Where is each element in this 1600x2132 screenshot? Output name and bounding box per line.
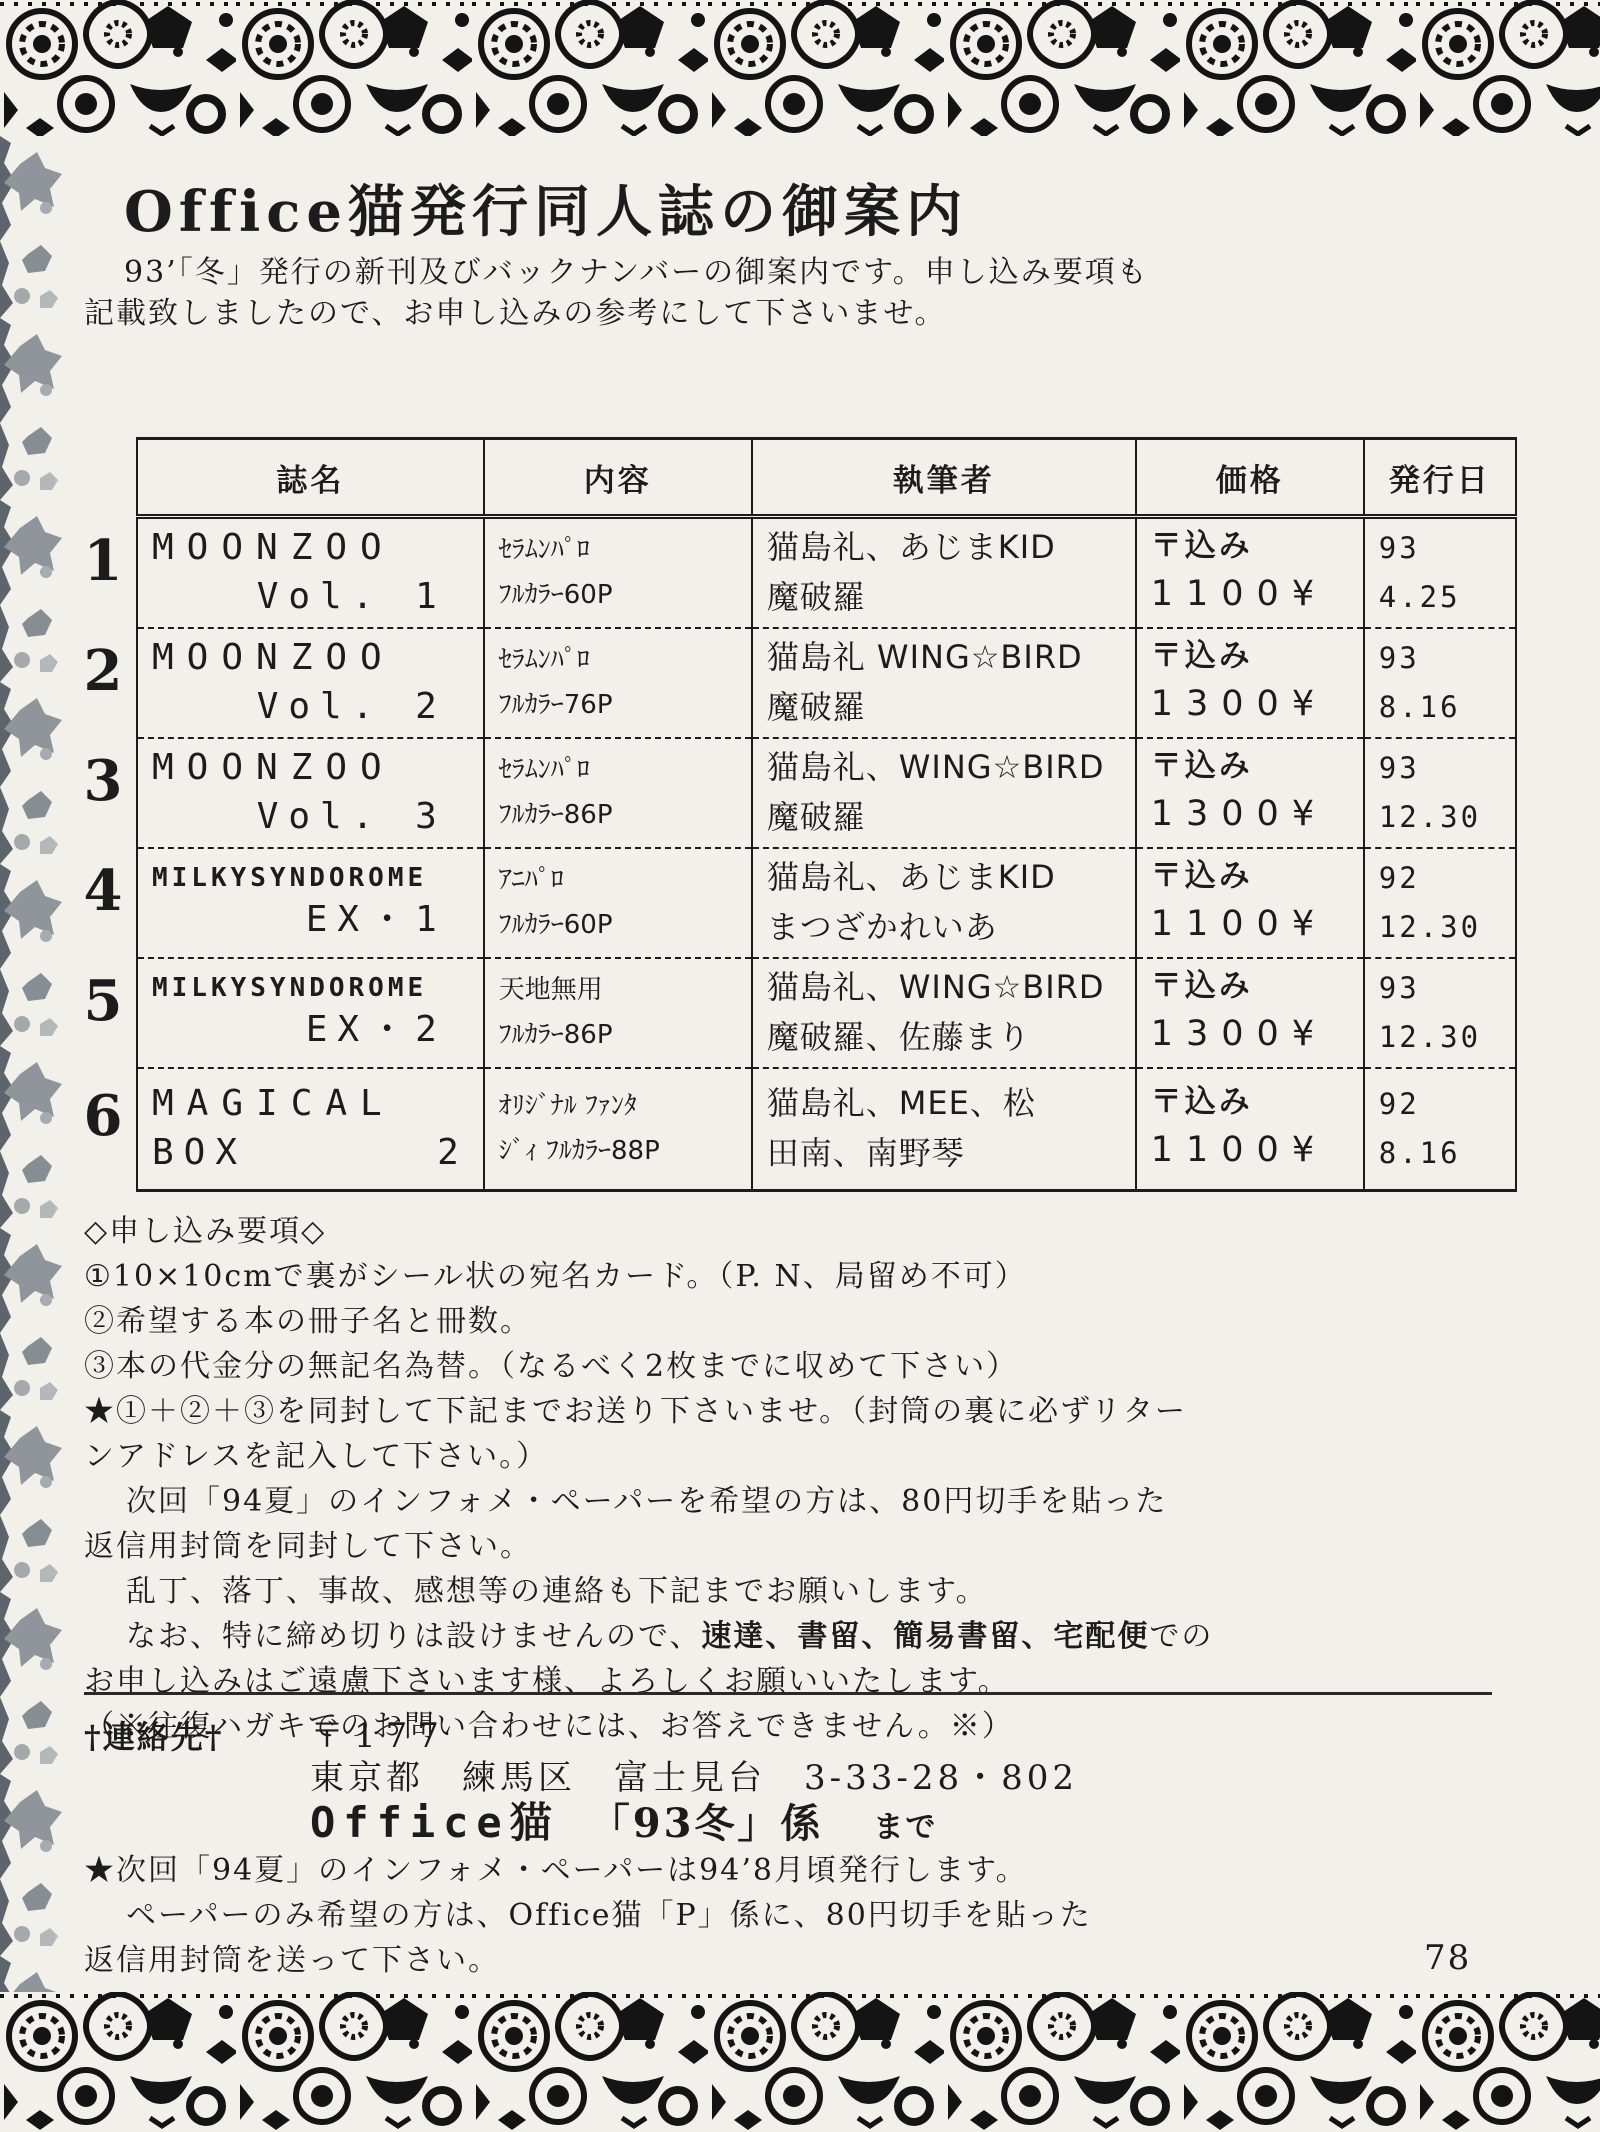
section-divider bbox=[84, 1692, 1492, 1695]
content-cell: 天地無用ﾌﾙｶﾗｰ86P bbox=[484, 958, 752, 1068]
magazine-name-cell: MOONZOOVol. 3 bbox=[137, 738, 484, 848]
price-cell: 〒込み1300¥ bbox=[1136, 958, 1364, 1068]
col-header-date: 発行日 bbox=[1364, 439, 1516, 517]
scanned-page: Office猫発行同人誌の御案内 93’「冬」発行の新刊及びバックナンバーの御案… bbox=[0, 0, 1600, 2132]
application-star-line-2: ンアドレスを記入して下さい。） bbox=[84, 1438, 1524, 1476]
page-title: Office猫発行同人誌の御案内 bbox=[124, 168, 968, 248]
application-item-3: ③本の代金分の無記名為替。（なるべく2枚までに収めて下さい） bbox=[84, 1348, 1524, 1386]
application-heading: ◇申し込み要項◇ bbox=[84, 1213, 1524, 1251]
col-header-name: 誌名 bbox=[137, 439, 484, 517]
table-row: MOONZOOVol. 2 ｾﾗﾑﾝﾊﾟﾛﾌﾙｶﾗｰ76P 猫島礼 WING☆B… bbox=[137, 628, 1516, 738]
date-cell: 9312.30 bbox=[1364, 738, 1516, 848]
magazine-name-cell: MAGICALBOX 2 bbox=[137, 1068, 484, 1191]
table-header-row: 誌名 内容 執筆者 価格 発行日 bbox=[137, 439, 1516, 517]
application-item-2: ②希望する本の冊子名と冊数。 bbox=[84, 1303, 1524, 1341]
page-number: 78 bbox=[1424, 1938, 1471, 1978]
content-cell: ｵﾘｼﾞﾅﾙ ﾌｧﾝﾀｼﾞｨ ﾌﾙｶﾗｰ88P bbox=[484, 1068, 752, 1191]
footer-line-2: ペーパーのみ希望の方は、Office猫「P」係に、80円切手を貼った bbox=[84, 1897, 1566, 1935]
row-number-4: 4 bbox=[74, 858, 132, 924]
price-cell: 〒込み1100¥ bbox=[1136, 517, 1364, 629]
content-cell: ｾﾗﾑﾝﾊﾟﾛﾌﾙｶﾗｰ76P bbox=[484, 628, 752, 738]
table-row: MAGICALBOX 2 ｵﾘｼﾞﾅﾙ ﾌｧﾝﾀｼﾞｨ ﾌﾙｶﾗｰ88P 猫島礼… bbox=[137, 1068, 1516, 1191]
application-item-1: ①10×10cmで裏がシール状の宛名カード。（P. N、局留め不可） bbox=[84, 1258, 1524, 1296]
date-cell: 934.25 bbox=[1364, 517, 1516, 629]
intro-line-1: 93’「冬」発行の新刊及びバックナンバーの御案内です。申し込み要項も bbox=[84, 247, 1554, 291]
authors-cell: 猫島礼、WING☆BIRD魔破羅 bbox=[752, 738, 1136, 848]
footer-line-1: ★次回「94夏」のインフォメ・ペーパーは94’8月頃発行します。 bbox=[84, 1852, 1524, 1890]
contact-office-name: Office猫 bbox=[310, 1798, 560, 1847]
publications-table: 誌名 内容 執筆者 価格 発行日 MOONZOOVol. 1 ｾﾗﾑﾝﾊﾟﾛﾌﾙ… bbox=[136, 437, 1517, 1192]
table-row: MOONZOOVol. 3 ｾﾗﾑﾝﾊﾟﾛﾌﾙｶﾗｰ86P 猫島礼、WING☆B… bbox=[137, 738, 1516, 848]
lace-border-top-icon bbox=[0, 0, 1600, 136]
application-star-line-1: ★①＋②＋③を同封して下記までお送り下さいませ。（封筒の裏に必ずリター bbox=[84, 1393, 1524, 1431]
info-paper-line-1: 次回「94夏」のインフォメ・ペーパーを希望の方は、80円切手を貼った bbox=[84, 1483, 1566, 1521]
row-number-3: 3 bbox=[74, 748, 132, 814]
row-number-2: 2 bbox=[74, 638, 132, 704]
magazine-name-cell: MOONZOOVol. 2 bbox=[137, 628, 484, 738]
price-cell: 〒込み1100¥ bbox=[1136, 1068, 1364, 1191]
contact-section: 「93冬」係 bbox=[610, 1800, 824, 1847]
table-row: MOONZOOVol. 1 ｾﾗﾑﾝﾊﾟﾛﾌﾙｶﾗｰ60P 猫島礼、あじまKID… bbox=[137, 517, 1516, 629]
lace-border-bottom-icon bbox=[0, 1992, 1600, 2132]
magazine-name-cell: MILKYSYNDOROMEEX・1 bbox=[137, 848, 484, 958]
magazine-name-cell: MILKYSYNDOROMEEX・2 bbox=[137, 958, 484, 1068]
row-number-1: 1 bbox=[74, 528, 132, 594]
authors-cell: 猫島礼、WING☆BIRD魔破羅、佐藤まり bbox=[752, 958, 1136, 1068]
content-cell: ｾﾗﾑﾝﾊﾟﾛﾌﾙｶﾗｰ60P bbox=[484, 517, 752, 629]
deadline-note-bold: 速達、書留、簡易書留、宅配便 bbox=[701, 1619, 1149, 1654]
table-row: MILKYSYNDOROMEEX・1 ｱﾆﾊﾟﾛﾌﾙｶﾗｰ60P 猫島礼、あじま… bbox=[137, 848, 1516, 958]
info-paper-line-2: 返信用封筒を同封して下さい。 bbox=[84, 1528, 1524, 1566]
row-number-6: 6 bbox=[74, 1083, 132, 1149]
authors-cell: 猫島礼、あじまKIDまつざかれいあ bbox=[752, 848, 1136, 958]
content-cell: ｱﾆﾊﾟﾛﾌﾙｶﾗｰ60P bbox=[484, 848, 752, 958]
date-cell: 928.16 bbox=[1364, 1068, 1516, 1191]
authors-cell: 猫島礼 WING☆BIRD魔破羅 bbox=[752, 628, 1136, 738]
contact-label: †連絡先† bbox=[84, 1712, 223, 1758]
contact-office-line: Office猫 「93冬」係 まで bbox=[310, 1790, 937, 1850]
date-cell: 9212.30 bbox=[1364, 848, 1516, 958]
price-cell: 〒込み1300¥ bbox=[1136, 628, 1364, 738]
date-cell: 938.16 bbox=[1364, 628, 1516, 738]
content-cell: ｾﾗﾑﾝﾊﾟﾛﾌﾙｶﾗｰ86P bbox=[484, 738, 752, 848]
no-reply-note: （※往復ハガキでのお問い合わせには、お答えできません。※） bbox=[84, 1708, 1524, 1746]
price-cell: 〒込み1100¥ bbox=[1136, 848, 1364, 958]
authors-cell: 猫島礼、あじまKID魔破羅 bbox=[752, 517, 1136, 629]
torn-edge-left-icon bbox=[0, 136, 62, 1992]
magazine-name-cell: MOONZOOVol. 1 bbox=[137, 517, 484, 629]
price-cell: 〒込み1300¥ bbox=[1136, 738, 1364, 848]
col-header-authors: 執筆者 bbox=[752, 439, 1136, 517]
authors-cell: 猫島礼、MEE、松田南、南野琴 bbox=[752, 1068, 1136, 1191]
col-header-price: 価格 bbox=[1136, 439, 1364, 517]
contact-note-line: 乱丁、落丁、事故、感想等の連絡も下記までお願いします。 bbox=[84, 1573, 1566, 1611]
col-header-content: 内容 bbox=[484, 439, 752, 517]
deadline-note-pre: なお、特に締め切りは設けませんので、 bbox=[126, 1619, 701, 1654]
table-row: MILKYSYNDOROMEEX・2 天地無用ﾌﾙｶﾗｰ86P 猫島礼、WING… bbox=[137, 958, 1516, 1068]
contact-suffix: まで bbox=[873, 1810, 937, 1845]
row-number-5: 5 bbox=[74, 968, 132, 1034]
footer-line-3: 返信用封筒を送って下さい。 bbox=[84, 1942, 1524, 1980]
deadline-note-post: での bbox=[1149, 1619, 1213, 1654]
deadline-note-line-2: お申し込みはご遠慮下さいます様、よろしくお願いいたします。 bbox=[84, 1663, 1524, 1701]
intro-line-2: 記載致しましたので、お申し込みの参考にして下さいませ。 bbox=[84, 288, 1514, 332]
deadline-note-line-1: なお、特に締め切りは設けませんので、速達、書留、簡易書留、宅配便での bbox=[84, 1618, 1566, 1656]
date-cell: 9312.30 bbox=[1364, 958, 1516, 1068]
